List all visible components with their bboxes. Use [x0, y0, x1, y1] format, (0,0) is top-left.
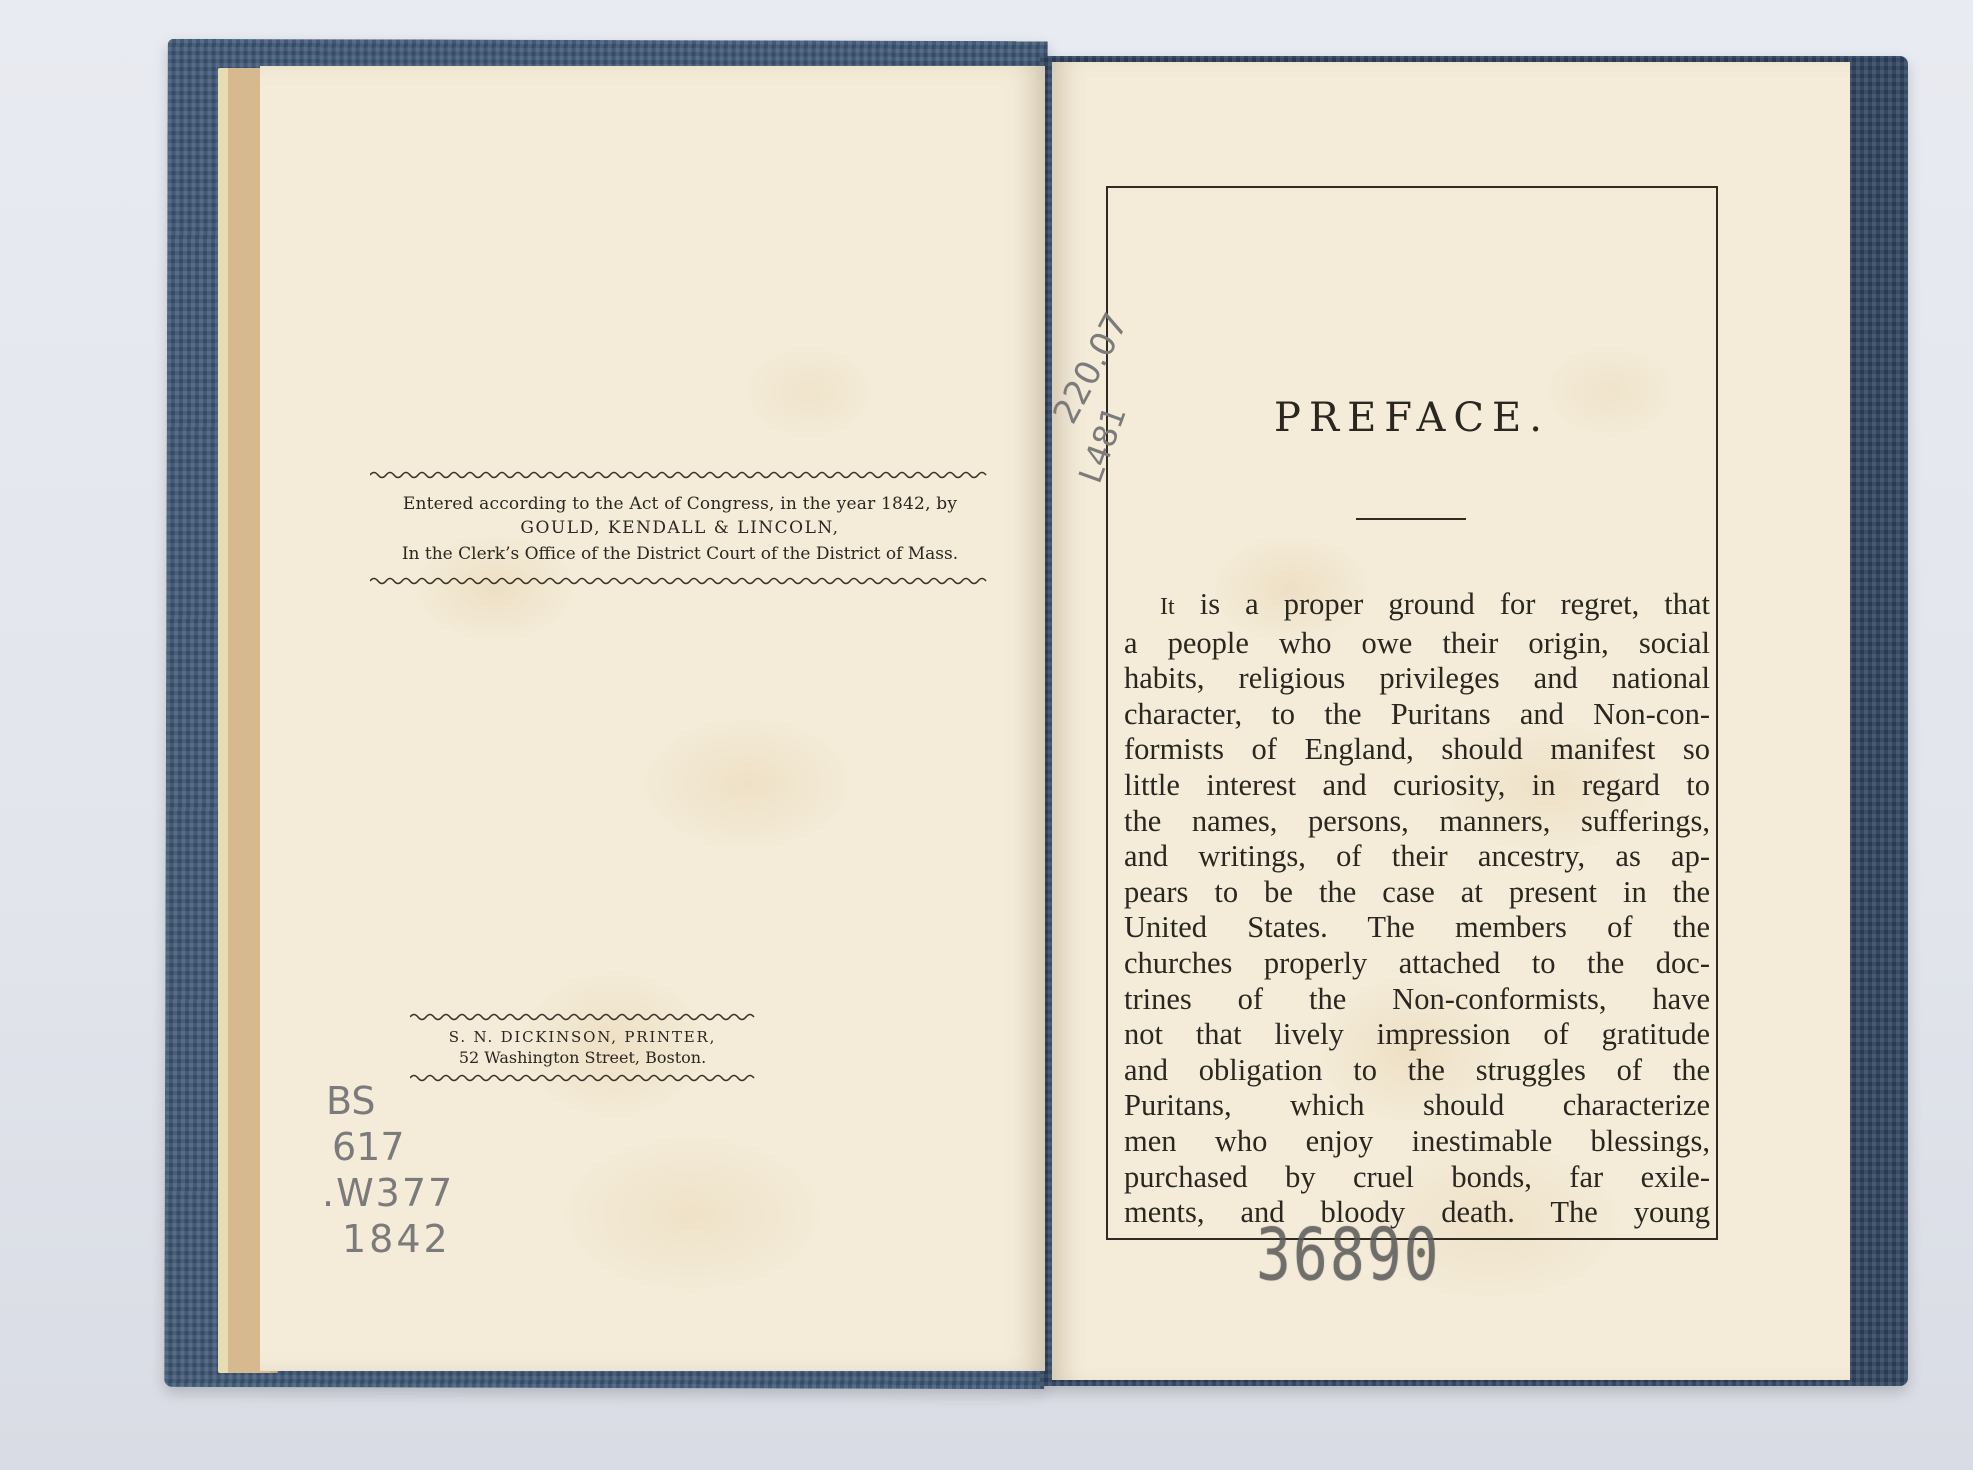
notice-clerk-line: In the Clerk’s Office of the District Co… — [370, 544, 990, 564]
heading-rule — [1356, 518, 1466, 520]
preface-body: It is a proper ground for regret, that a… — [1124, 587, 1710, 1231]
printer-address: 52 Washington Street, Boston. — [410, 1048, 755, 1067]
wavy-rule-bottom — [410, 1073, 755, 1083]
copyright-notice: Entered according to the Act of Congress… — [370, 470, 990, 586]
call-number-class: BS — [326, 1082, 454, 1120]
preface-heading: PREFACE. — [1106, 395, 1718, 441]
body-line-17: purchased by cruel bonds, far exile- — [1124, 1160, 1710, 1196]
wavy-rule-bottom — [370, 576, 990, 586]
body-line-9: pears to be the case at present in the — [1124, 875, 1710, 911]
call-number-year: 1842 — [342, 1220, 454, 1258]
body-line-16: men who enjoy inestimable blessings, — [1124, 1124, 1710, 1160]
body-line-13: not that lively impression of gratitude — [1124, 1017, 1710, 1053]
body-line-11: churches properly attached to the doc- — [1124, 946, 1710, 982]
wavy-rule-top — [410, 1012, 755, 1022]
body-line-4: character, to the Puritans and Non-con- — [1124, 697, 1710, 733]
call-number-subclass: 617 — [332, 1128, 454, 1166]
notice-entered-line: Entered according to the Act of Congress… — [370, 494, 990, 514]
notice-publisher-line: GOULD, KENDALL & LINCOLN, — [370, 518, 990, 538]
pencil-call-number-left: BS 617 .W377 1842 — [322, 1082, 454, 1266]
body-line-15: Puritans, which should characterize — [1124, 1088, 1710, 1124]
body-line-6: little interest and curiosity, in regard… — [1124, 768, 1710, 804]
body-line-1: It is a proper ground for regret, that — [1124, 587, 1710, 626]
accession-number-stamp: 36890 — [1256, 1212, 1441, 1297]
body-line-8: and writings, of their ancestry, as ap- — [1124, 839, 1710, 875]
call-number-cutter: .W377 — [322, 1174, 454, 1212]
body-line-7: the names, persons, manners, sufferings, — [1124, 804, 1710, 840]
smallcaps-opening-word: It — [1160, 594, 1175, 620]
body-line-5: formists of England, should manifest so — [1124, 732, 1710, 768]
body-line-10: United States. The members of the — [1124, 910, 1710, 946]
body-line-2: a people who owe their origin, social — [1124, 626, 1710, 662]
body-line-3: habits, religious privileges and nationa… — [1124, 661, 1710, 697]
printer-imprint: S. N. DICKINSON, PRINTER, 52 Washington … — [410, 1012, 755, 1083]
body-line-12: trines of the Non-conformists, have — [1124, 982, 1710, 1018]
printer-name: S. N. DICKINSON, PRINTER, — [410, 1028, 755, 1046]
wavy-rule-top — [370, 470, 990, 480]
body-line-14: and obligation to the struggles of the — [1124, 1053, 1710, 1089]
